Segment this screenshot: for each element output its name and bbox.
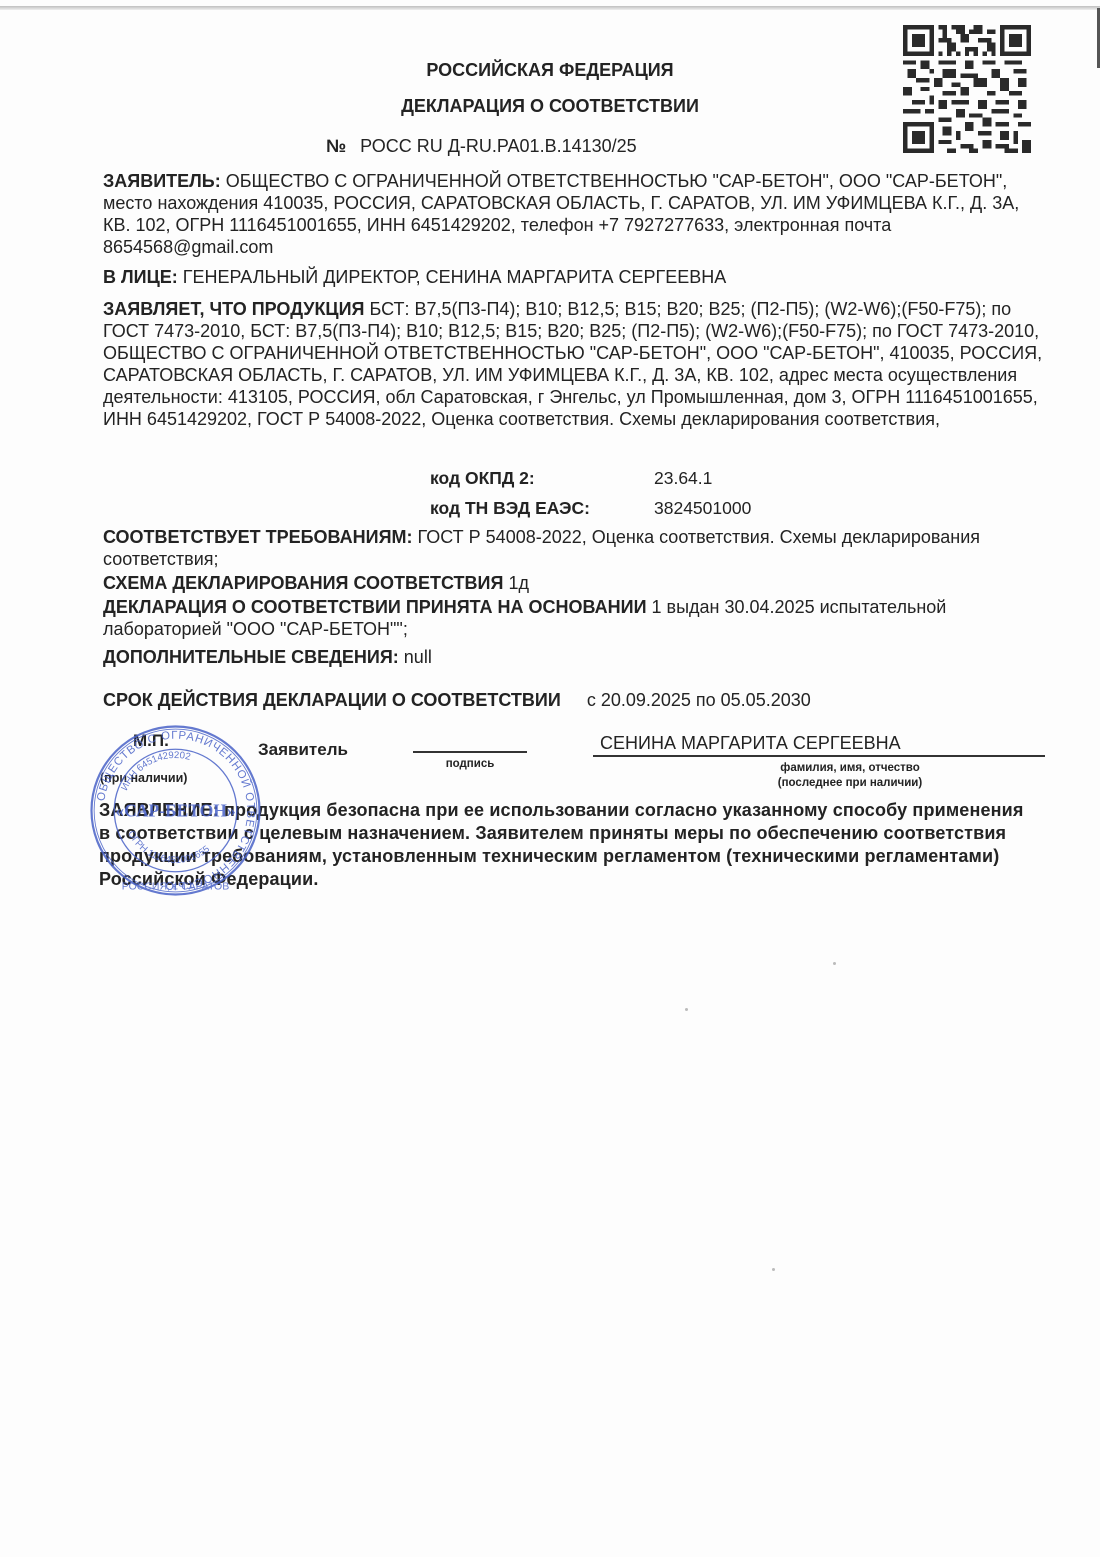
qr-code: [903, 25, 1031, 153]
additional-info-label: ДОПОЛНИТЕЛЬНЫЕ СВЕДЕНИЯ:: [103, 647, 399, 667]
scheme-section: СХЕМА ДЕКЛАРИРОВАНИЯ СООТВЕТСТВИЯ 1д: [103, 572, 1048, 594]
validity-label: СРОК ДЕЙСТВИЯ ДЕКЛАРАЦИИ О СООТВЕТСТВИИ: [103, 690, 561, 710]
signatory-name: СЕНИНА МАРГАРИТА СЕРГЕЕВНА: [600, 733, 901, 754]
basis-section: ДЕКЛАРАЦИЯ О СООТВЕТСТВИИ ПРИНЯТА НА ОСН…: [103, 596, 1048, 640]
represented-by-section: В ЛИЦЕ: ГЕНЕРАЛЬНЫЙ ДИРЕКТОР, СЕНИНА МАР…: [103, 266, 1048, 288]
country-heading: РОССИЙСКАЯ ФЕДЕРАЦИЯ: [310, 60, 790, 81]
okpd-value: 23.64.1: [654, 468, 712, 488]
tnved-code-row: код ТН ВЭД ЕАЭС:3824501000: [430, 498, 751, 519]
product-label: ЗАЯВЛЯЕТ, ЧТО ПРОДУКЦИЯ: [103, 299, 364, 319]
okpd-code-row: код ОКПД 2:23.64.1: [430, 468, 712, 489]
scan-speck: [833, 962, 836, 965]
validity-section: СРОК ДЕЙСТВИЯ ДЕКЛАРАЦИИ О СООТВЕТСТВИИс…: [103, 690, 811, 711]
applicant-signature-label: Заявитель: [258, 740, 348, 760]
basis-label: ДЕКЛАРАЦИЯ О СООТВЕТСТВИИ ПРИНЯТА НА ОСН…: [103, 597, 647, 617]
number-value: РОСС RU Д-RU.PA01.B.14130/25: [360, 136, 637, 156]
okpd-label: код ОКПД 2:: [430, 468, 654, 489]
conformity-section: СООТВЕТСТВУЕТ ТРЕБОВАНИЯМ: ГОСТ Р 54008-…: [103, 526, 1048, 570]
conformity-label: СООТВЕТСТВУЕТ ТРЕБОВАНИЯМ:: [103, 527, 413, 547]
signature-line: [413, 751, 527, 753]
applicant-text: ОБЩЕСТВО С ОГРАНИЧЕННОЙ ОТВЕТСТВЕННОСТЬЮ…: [103, 171, 1019, 257]
stamp-bottom-text: РОССИЯ, г. САРАТОВ: [122, 880, 229, 892]
additional-info-section: ДОПОЛНИТЕЛЬНЫЕ СВЕДЕНИЯ: null: [103, 646, 1048, 668]
number-sign: №: [326, 136, 346, 156]
scheme-value: 1д: [508, 573, 529, 593]
tnved-label: код ТН ВЭД ЕАЭС:: [430, 498, 654, 519]
scheme-label: СХЕМА ДЕКЛАРИРОВАНИЯ СООТВЕТСТВИЯ: [103, 573, 503, 593]
product-section: ЗАЯВЛЯЕТ, ЧТО ПРОДУКЦИЯ БСТ: В7,5(П3-П4)…: [103, 298, 1048, 430]
scan-speck: [685, 1008, 688, 1011]
additional-info-value: null: [404, 647, 432, 667]
declaration-number: №РОСС RU Д-RU.PA01.B.14130/25: [326, 136, 637, 157]
stamp-ogrn-text: ОГРН 1116451001655: [125, 829, 212, 866]
svg-text:ОГРН 1116451001655: ОГРН 1116451001655: [125, 829, 212, 866]
name-caption: фамилия, имя, отчество: [700, 762, 1000, 774]
company-seal-stamp: ОБЩЕСТВО С ОГРАНИЧЕННОЙ ОТВЕТСТВЕННОСТЬЮ…: [88, 723, 263, 898]
applicant-section: ЗАЯВИТЕЛЬ: ОБЩЕСТВО С ОГРАНИЧЕННОЙ ОТВЕТ…: [103, 170, 1048, 258]
signature-caption: подпись: [420, 758, 520, 770]
document-title: ДЕКЛАРАЦИЯ О СООТВЕТСТВИИ: [310, 96, 790, 117]
name-line: [593, 755, 1045, 757]
tnved-value: 3824501000: [654, 498, 751, 518]
name-caption-note: (последнее при наличии): [700, 777, 1000, 789]
applicant-label: ЗАЯВИТЕЛЬ:: [103, 171, 221, 191]
represented-by-label: В ЛИЦЕ:: [103, 267, 178, 287]
represented-by-text: ГЕНЕРАЛЬНЫЙ ДИРЕКТОР, СЕНИНА МАРГАРИТА С…: [183, 267, 727, 287]
stamp-center-text: «САР-БЕТОН»: [115, 801, 235, 821]
scan-shadow: [0, 6, 1100, 10]
scan-speck: [772, 1268, 775, 1271]
validity-value: с 20.09.2025 по 05.05.2030: [587, 690, 811, 710]
